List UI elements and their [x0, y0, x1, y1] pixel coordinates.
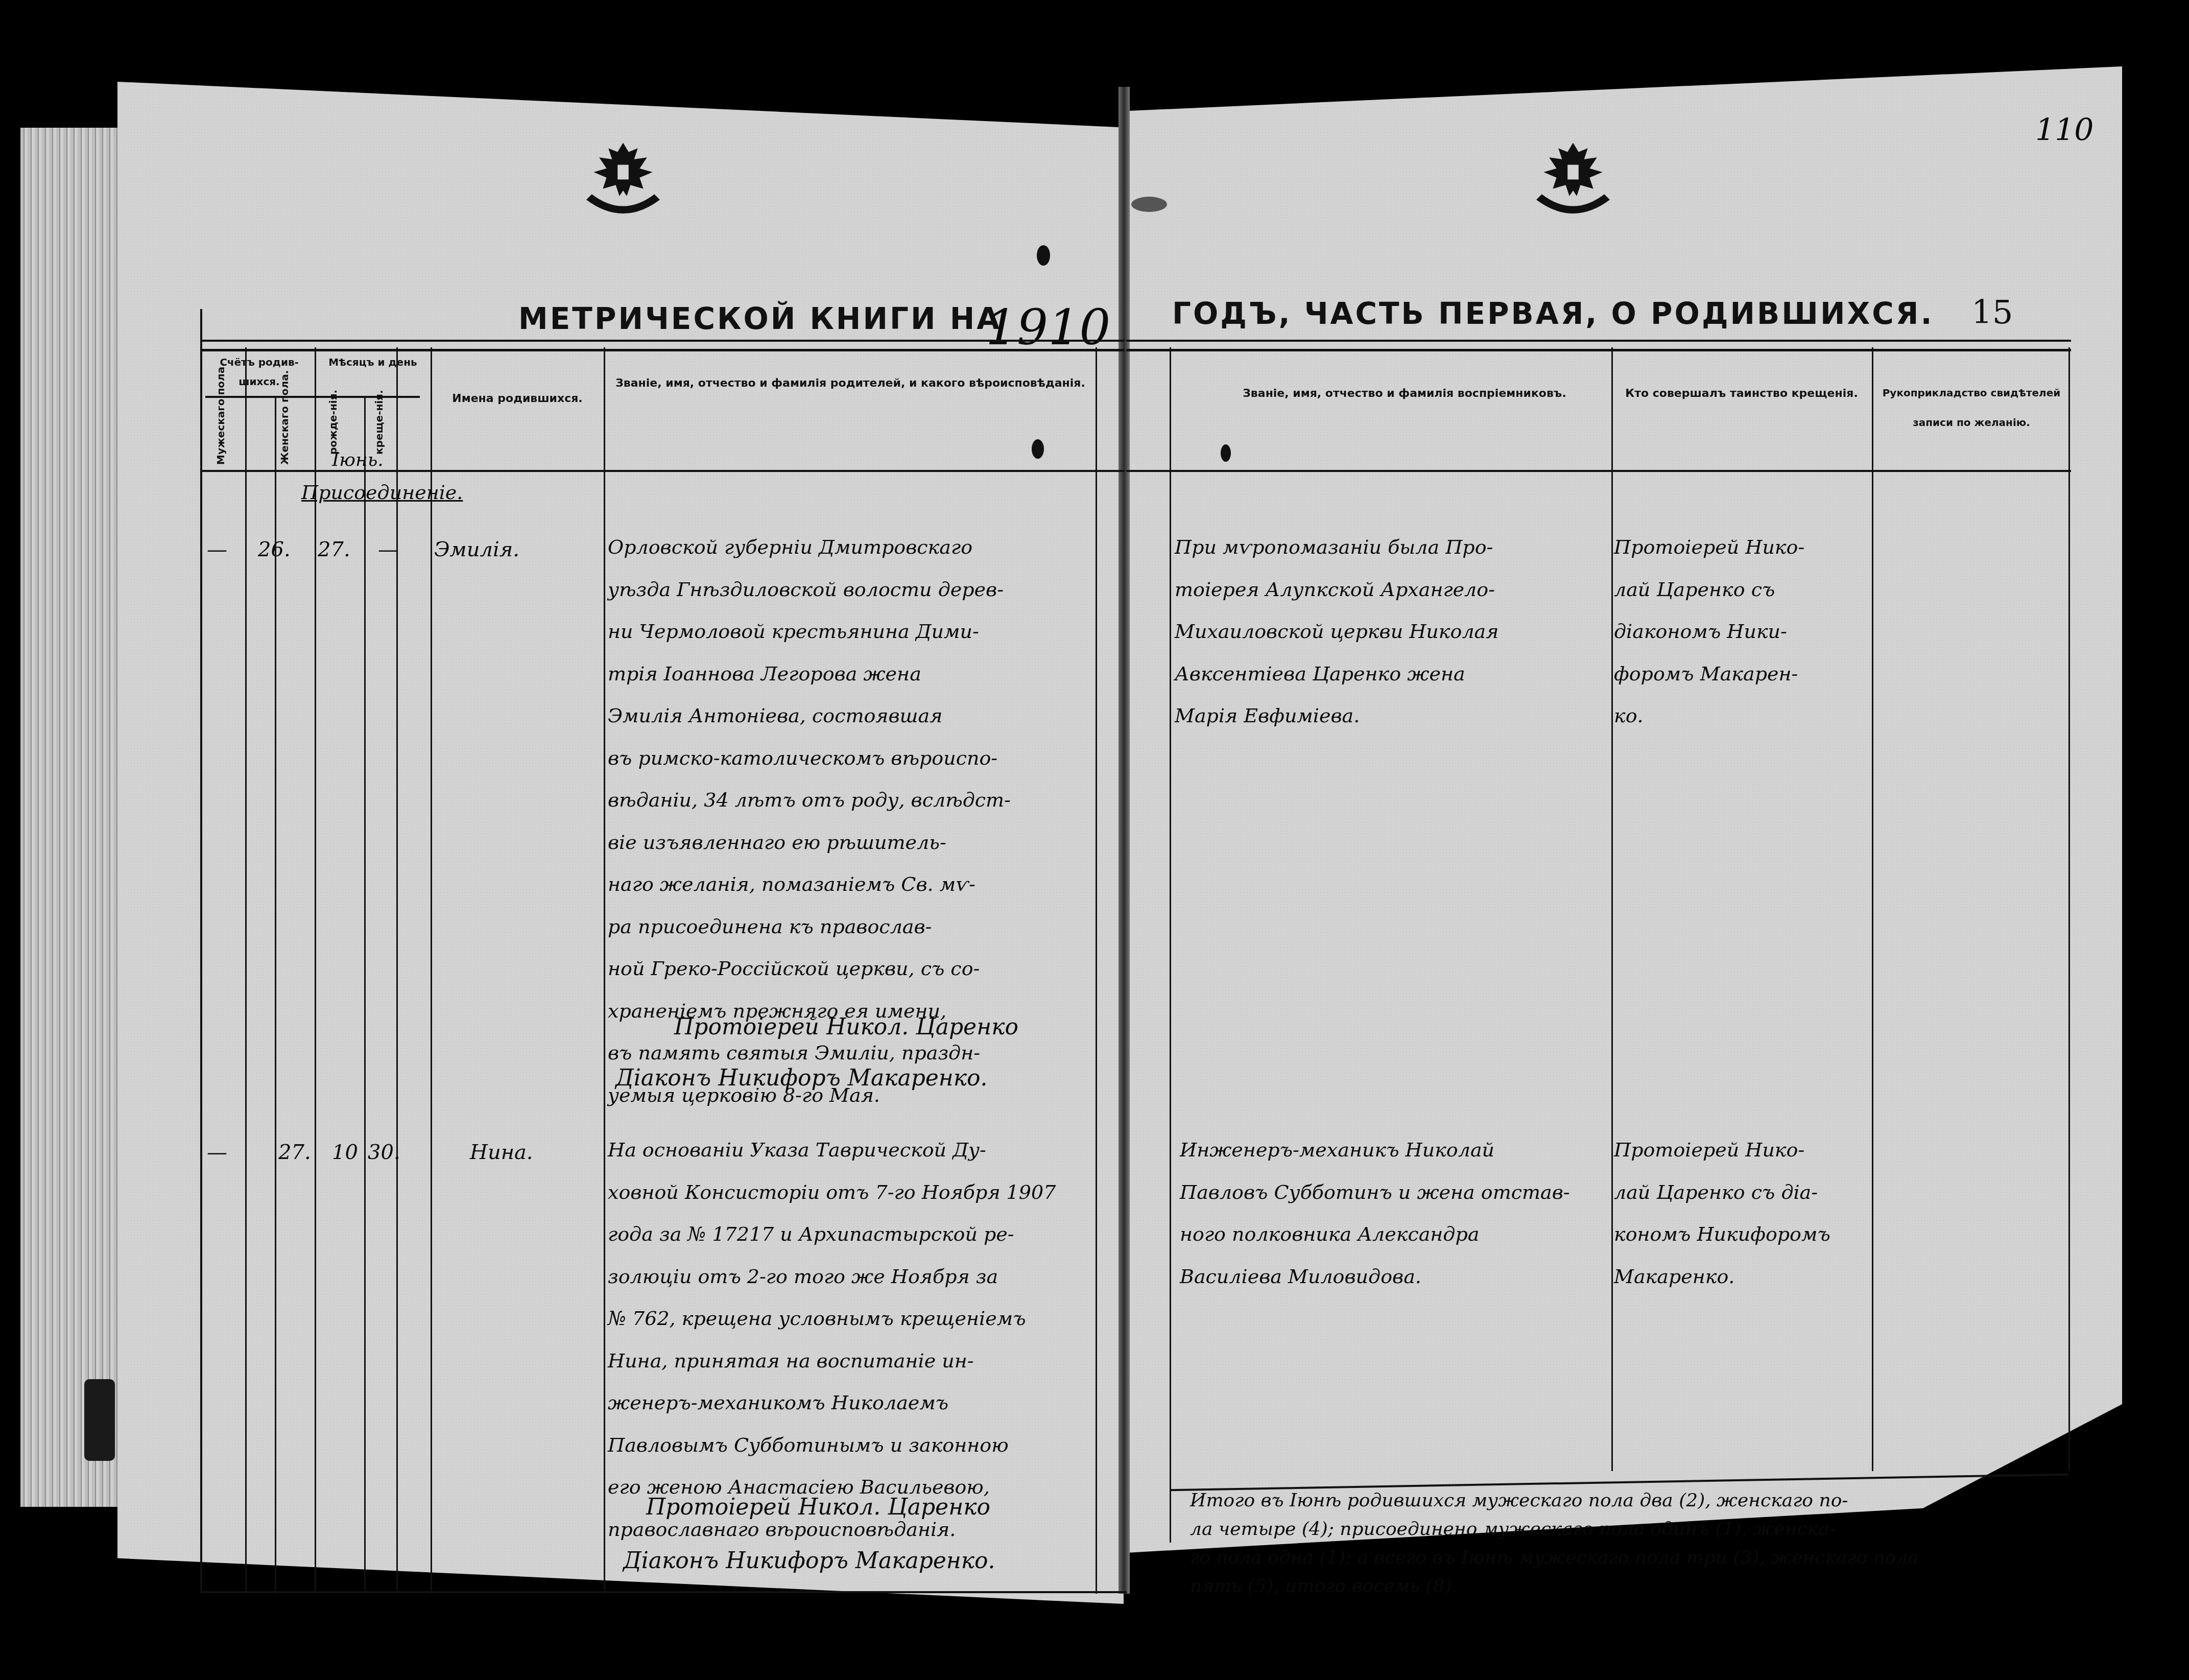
entry2-officiant: Протоіерей Нико- лай Царенко съ діа- кон… [1614, 1129, 1869, 1297]
entry1-birth-day: 27. [318, 529, 350, 571]
header-parents: Званіе, имя, отчество и фамилія родителе… [608, 368, 1093, 399]
header-names: Имена родившихся. [433, 388, 602, 410]
entry1-male: — [207, 529, 227, 571]
header-month-day: Мѣсяцъ и день [317, 352, 429, 372]
title-right: ГОДЪ, ЧАСТЬ ПЕРВАЯ, О РОДИВШИХСЯ. [1172, 296, 1934, 331]
entry1-name: Эмилія. [434, 529, 519, 571]
right-header-bottom-rule [1126, 470, 2071, 472]
entry1-female: 26. [258, 529, 291, 571]
entry2-male: — [207, 1131, 227, 1173]
entry2-signature-deacon: Діаконъ Никифоръ Макаренко. [623, 1548, 995, 1574]
entry1-signature-deacon: Діаконъ Никифоръ Макаренко. [615, 1065, 988, 1091]
header-godparents: Званіе, имя, отчество и фамилія воспріем… [1226, 378, 1583, 410]
col-divider [2068, 347, 2070, 1471]
subheader-rule [205, 396, 420, 398]
header-officiant: Кто совершалъ таинство крещенія. [1616, 378, 1867, 410]
ink-blot [1032, 439, 1044, 459]
ink-blot [1221, 444, 1231, 462]
col-divider [1611, 347, 1613, 1471]
entry2-baptism-day: 30. [368, 1131, 400, 1173]
header-baptism: креще-нія. [373, 404, 385, 455]
entry2-female: 27. [278, 1131, 311, 1173]
section-note-accession: Присоединеніе. [301, 481, 463, 504]
header-female: Женскаго пола. [278, 404, 291, 465]
left-header-rule [200, 340, 1125, 351]
header-birth: рожде-нія. [327, 404, 339, 455]
entry1-signature-priest: Протоіерей Никол. Царенко [674, 1014, 1018, 1040]
col-divider [315, 347, 316, 1594]
col-divider [1096, 347, 1097, 1594]
entry2-parents: На основаніи Указа Таврической Ду- ховно… [608, 1129, 1093, 1550]
col-divider [364, 396, 366, 1594]
bookmark-clip [84, 1379, 115, 1461]
col-divider [245, 347, 247, 1594]
header-male: Мужескаго пола. [215, 404, 227, 465]
header-witnesses: Рукоприкладство свидѣтелей записи по жел… [1877, 378, 2066, 437]
archive-page-number: 110 [2035, 112, 2094, 148]
col-divider [1170, 347, 1171, 1543]
imperial-eagle-crest-icon [577, 135, 669, 227]
entry2-name: Нина. [470, 1131, 533, 1173]
right-header-rule [1126, 340, 2071, 351]
ink-blot [1037, 245, 1050, 266]
scan-bottom-edge [0, 1609, 2189, 1680]
binding-hole [1131, 197, 1167, 212]
entry1-baptism-day: — [378, 529, 398, 571]
imperial-eagle-crest-icon [1527, 135, 1619, 227]
col-divider [275, 396, 276, 1594]
entry2-birth-day: 10 [332, 1131, 358, 1173]
col-divider [604, 347, 605, 1594]
book-page-stack [20, 128, 123, 1507]
entry1-officiant: Протоіерей Нико- лай Царенко съ діаконом… [1614, 526, 1869, 737]
sheet-number: 15 [1971, 294, 2013, 332]
entry2-signature-priest: Протоіерей Никол. Царенко [646, 1494, 990, 1520]
entry1-godparents: При мѵропомазаніи была Про- тоіерея Алуп… [1175, 526, 1609, 737]
col-divider [1872, 347, 1873, 1471]
col-divider [431, 347, 432, 1594]
month-handwritten: Іюнь. [332, 449, 384, 470]
right-page [1126, 66, 2122, 1553]
entry2-godparents: Инженеръ-механикъ Николай Павловъ Суббот… [1180, 1129, 1609, 1297]
summary-note: Итого въ Іюнѣ родившихся мужескаго пола … [1190, 1486, 2068, 1601]
